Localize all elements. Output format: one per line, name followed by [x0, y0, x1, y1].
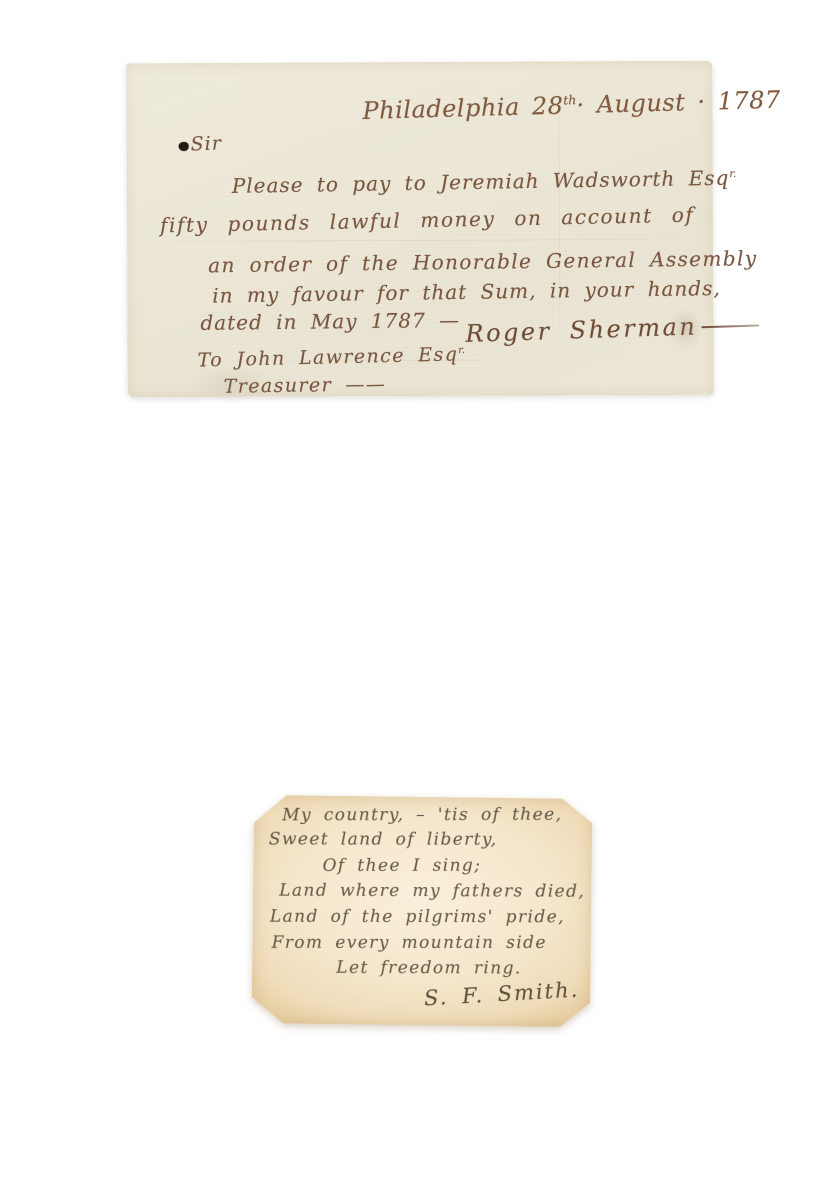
verse-line: Of thee I sing; [323, 856, 482, 876]
sherman-signature: Roger Sherman [465, 310, 760, 347]
letter-body-line: dated in May 1787 — [200, 308, 460, 335]
dateline-ordinal-superscript: th [563, 92, 576, 107]
manuscript-verse-card-wrap: My country, – 'tis of thee, Sweet land o… [252, 795, 593, 1027]
letter-address-line: To John Lawrence Esqr. [197, 343, 465, 371]
esquire-superscript: r. [458, 345, 465, 356]
manuscript-pay-order: Philadelphia 28th· August · 1787 Sir Ple… [126, 61, 713, 398]
verse-line: From every mountain side [272, 933, 547, 953]
verse-line: Let freedom ring. [336, 958, 521, 979]
esquire-superscript: r. [729, 168, 736, 180]
verse-line: My country, – 'tis of thee, [282, 805, 562, 825]
letter-salutation: Sir [190, 132, 222, 155]
verse-line: Land where my fathers died, [279, 881, 585, 902]
verse-line: Sweet land of liberty, [269, 829, 498, 849]
manuscript-verse-card: My country, – 'tis of thee, Sweet land o… [252, 795, 593, 1027]
paper-crease [145, 239, 701, 242]
verse-line: Land of the pilgrims' pride, [270, 907, 565, 928]
letter-body-line: an order of the Honorable General Assemb… [208, 246, 758, 277]
dateline-city-day: Philadelphia 28 [362, 92, 564, 125]
letter-body-line: in my favour for that Sum, in your hands… [212, 276, 721, 308]
letter-dateline: Philadelphia 28th· August · 1787 [362, 86, 781, 125]
letter-body-line: fifty pounds lawful money on account of [160, 203, 695, 238]
dateline-month-year: · August · 1787 [576, 86, 781, 120]
signature-flourish [701, 324, 759, 328]
catalog-page: Philadelphia 28th· August · 1787 Sir Ple… [0, 0, 819, 1197]
letter-address-line: Treasurer —— [224, 373, 387, 397]
ink-blot [179, 142, 189, 151]
letter-body-line: Please to pay to Jeremiah Wadsworth Esqr… [232, 166, 737, 198]
smith-signature: S. F. Smith. [423, 978, 579, 1011]
